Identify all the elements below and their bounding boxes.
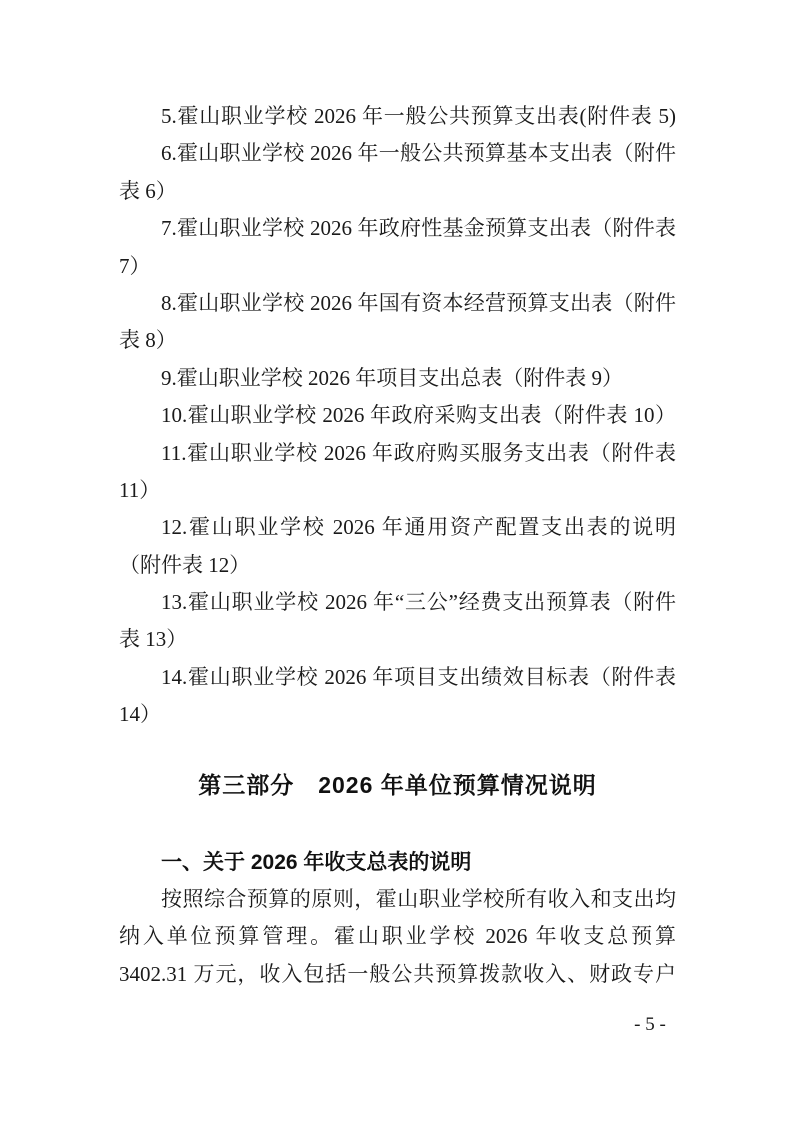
- attachment-line: 表 8）: [119, 322, 676, 359]
- attachment-line: 11）: [119, 472, 676, 509]
- attachment-line: 13.霍山职业学校 2026 年“三公”经费支出预算表（附件: [119, 584, 676, 621]
- body-paragraph-line: 3402.31 万元，收入包括一般公共预算拨款收入、财政专户: [119, 956, 676, 993]
- attachment-line: 7.霍山职业学校 2026 年政府性基金预算支出表（附件表: [119, 210, 676, 247]
- attachment-line: （附件表 12）: [119, 547, 676, 584]
- attachment-line: 8.霍山职业学校 2026 年国有资本经营预算支出表（附件: [119, 285, 676, 322]
- attachment-line: 6.霍山职业学校 2026 年一般公共预算基本支出表（附件: [119, 135, 676, 172]
- attachment-line: 14）: [119, 696, 676, 733]
- page-content: 5.霍山职业学校 2026 年一般公共预算支出表(附件表 5) 6.霍山职业学校…: [119, 0, 676, 993]
- attachment-line: 11.霍山职业学校 2026 年政府购买服务支出表（附件表: [119, 435, 676, 472]
- attachment-line: 表 13）: [119, 621, 676, 658]
- attachment-line: 10.霍山职业学校 2026 年政府采购支出表（附件表 10）: [119, 397, 676, 434]
- section-heading: 第三部分 2026 年单位预算情况说明: [119, 762, 676, 808]
- attachment-line: 14.霍山职业学校 2026 年项目支出绩效目标表（附件表: [119, 659, 676, 696]
- attachment-list: 5.霍山职业学校 2026 年一般公共预算支出表(附件表 5) 6.霍山职业学校…: [119, 98, 676, 734]
- page-number: - 5 -: [600, 1012, 700, 1038]
- document-page: 5.霍山职业学校 2026 年一般公共预算支出表(附件表 5) 6.霍山职业学校…: [0, 0, 794, 1122]
- attachment-line: 表 6）: [119, 173, 676, 210]
- body-paragraph-line: 按照综合预算的原则，霍山职业学校所有收入和支出均: [119, 881, 676, 918]
- attachment-line: 5.霍山职业学校 2026 年一般公共预算支出表(附件表 5): [119, 98, 676, 135]
- body-paragraph: 按照综合预算的原则，霍山职业学校所有收入和支出均 纳入单位预算管理。霍山职业学校…: [119, 881, 676, 993]
- subsection-heading: 一、关于 2026 年收支总表的说明: [119, 844, 676, 881]
- attachment-line: 9.霍山职业学校 2026 年项目支出总表（附件表 9）: [119, 360, 676, 397]
- body-paragraph-line: 纳入单位预算管理。霍山职业学校 2026 年收支总预算: [119, 918, 676, 955]
- attachment-line: 7）: [119, 248, 676, 285]
- attachment-line: 12.霍山职业学校 2026 年通用资产配置支出表的说明: [119, 509, 676, 546]
